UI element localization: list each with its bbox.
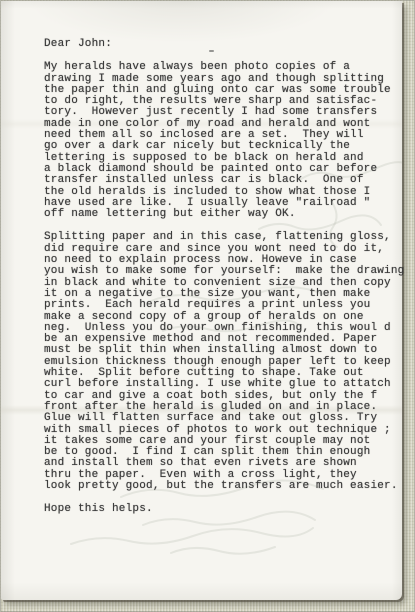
scanned-letter-page: Dear John: My heralds have always been p… xyxy=(0,0,415,612)
letter-body: Dear John: My heralds have always been p… xyxy=(44,39,390,516)
closing-line: Hope this helps. xyxy=(44,504,390,515)
salutation: Dear John: xyxy=(44,39,390,50)
paragraph-2: Splitting paper and in this case, flatte… xyxy=(44,232,390,492)
letter-paper: Dear John: My heralds have always been p… xyxy=(1,1,402,600)
paragraph-1: My heralds have always been photo copies… xyxy=(44,62,390,220)
